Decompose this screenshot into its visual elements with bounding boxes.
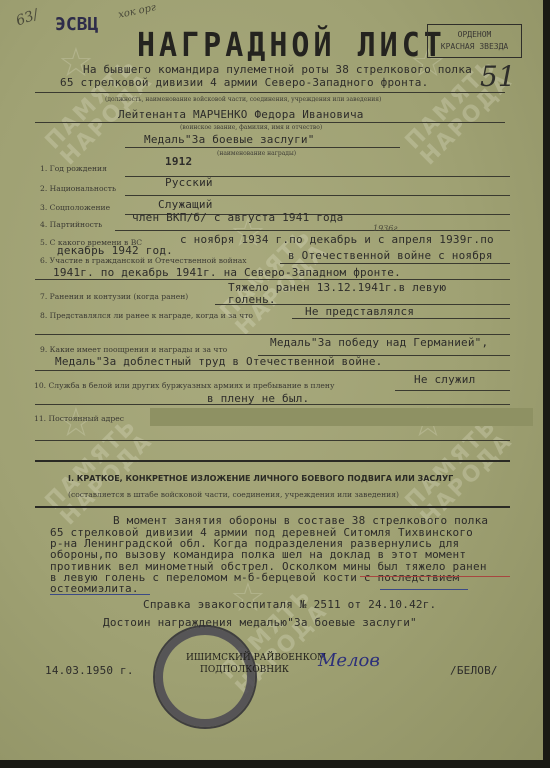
award-stamp-line1: ОРДЕНОМ (428, 29, 521, 41)
divider (35, 460, 510, 462)
red-pencil-underline (360, 576, 510, 577)
recipient-name: Лейтенанта МАРЧЕНКО Федора Ивановича (118, 108, 364, 121)
field-value: член ВКП/б/ с августа 1941 года (132, 211, 344, 224)
award-stamp-line2: КРАСНАЯ ЗВЕЗДА (428, 41, 521, 53)
award-conclusion: Достоин награждения медалью"За боевые за… (103, 616, 417, 629)
position-line-1: На бывшего командира пулеметной роты 38 … (83, 63, 472, 76)
signatory-rank: ПОДПОЛКОВНИК (200, 665, 289, 675)
corner-stamp: ЭСВЦ (55, 14, 98, 35)
official-seal (153, 625, 257, 729)
divider (35, 122, 505, 123)
section-subheading: (составляется в штабе войсковой части, с… (68, 490, 399, 499)
field-value: Медаль"За победу над Германией", (270, 336, 488, 349)
field-value-continued: 1941г. по декабрь 1941г. на Северо-Запад… (53, 266, 401, 279)
field-annotation: 1936г (373, 224, 397, 233)
name-caption: (воинское звание, фамилия, имя и отчеств… (180, 124, 322, 131)
field-value-continued: Медаль"За доблестный труд в Отечественно… (55, 355, 382, 368)
signatory-name: /БЕЛОВ/ (450, 664, 498, 677)
section-heading: I. КРАТКОЕ, КОНКРЕТНОЕ ИЗЛОЖЕНИЕ ЛИЧНОГО… (68, 474, 453, 483)
divider (35, 506, 510, 508)
award-stamp: ОРДЕНОМ КРАСНАЯ ЗВЕЗДА (427, 24, 522, 58)
corner-handwriting: 63/ (14, 7, 41, 30)
field-value: Русский (165, 176, 213, 189)
redacted-address (150, 408, 533, 426)
field-value: в Отечественной войне с ноября (288, 249, 493, 262)
corner-note: хок орг (117, 2, 157, 21)
page-number-handwritten: 51 (480, 60, 516, 93)
signature-date: 14.03.1950 г. (45, 664, 134, 677)
field-value: с ноября 1934 г.по декабрь и с апреля 19… (180, 233, 494, 246)
divider (125, 147, 400, 148)
signatory-title: ИШИМСКИЙ РАЙВОЕНКОМ (186, 653, 326, 663)
award-caption: (наименование награды) (217, 150, 296, 157)
page-title: НАГРАДНОЙ ЛИСТ (137, 26, 446, 65)
field-value: Не представлялся (305, 305, 414, 318)
position-line-2: 65 стрелковой дивизии 4 армии Северо-Зап… (60, 76, 428, 89)
position-caption: (должность, наименование войсковой части… (105, 96, 381, 103)
award-sheet-page: ☆ ПАМЯТЬНАРОДА ☆ ПАМЯТЬНАРОДА ☆ ПАМЯТЬНА… (0, 0, 543, 760)
blue-pencil-underline (380, 589, 468, 590)
field-value: Не служил (414, 373, 475, 386)
field-value: 1912 (165, 155, 192, 168)
hospital-certificate: Справка эвакогоспиталя № 2511 от 24.10.4… (143, 598, 436, 611)
handwritten-signature: Мелов (318, 650, 380, 671)
divider (35, 92, 505, 93)
blue-pencil-underline (50, 594, 150, 595)
field-value: Служащий (158, 198, 213, 211)
award-name: Медаль"За боевые заслуги" (144, 133, 315, 146)
